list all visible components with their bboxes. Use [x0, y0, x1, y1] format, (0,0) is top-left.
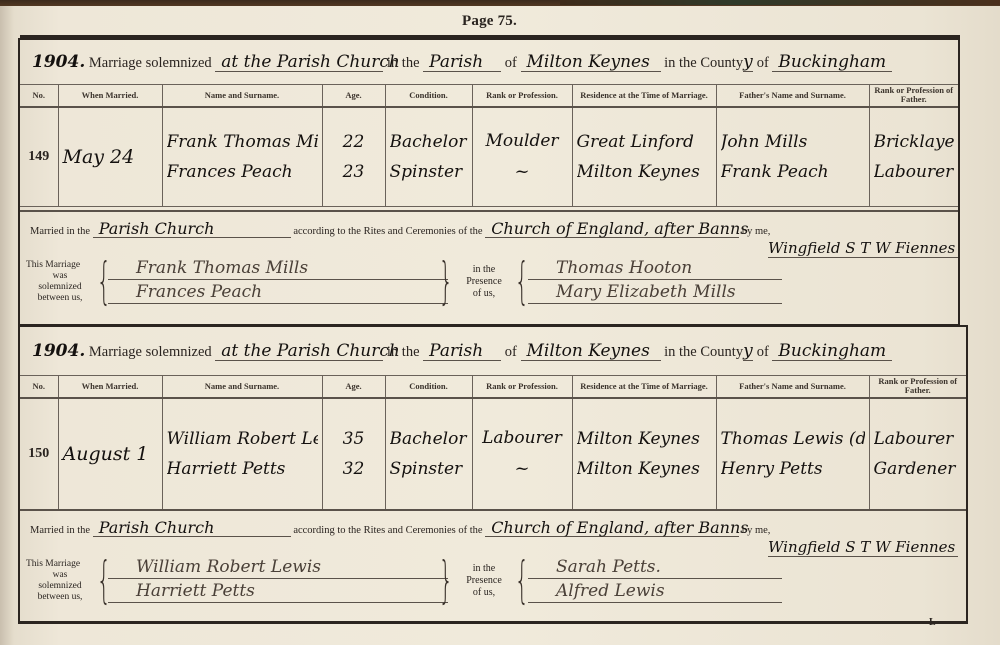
- col-father-name: Father's Name and Surname.: [716, 85, 869, 107]
- brace-witness: {: [515, 555, 529, 605]
- column-headers: No. When Married. Name and Surname. Age.…: [20, 85, 958, 107]
- col-name: Name and Surname.: [162, 376, 322, 398]
- col-when-married: When Married.: [58, 376, 162, 398]
- residence-cell: Great Linford Milton Keynes: [572, 107, 716, 207]
- brace-right: }: [439, 256, 453, 306]
- col-father-name: Father's Name and Surname.: [716, 376, 869, 398]
- solemnized-between-label: This Marriage was solemnized between us,: [26, 260, 94, 304]
- married-in-line: Married in the Parish Church according t…: [30, 220, 770, 238]
- ages-cell: 35 32: [322, 398, 385, 510]
- father-name-cell: John Mills Frank Peach: [716, 107, 869, 207]
- father-name-cell: Thomas Lewis (dec) Henry Petts: [716, 398, 869, 510]
- label-of: of: [505, 55, 517, 71]
- bride-condition: Spinster: [390, 162, 468, 182]
- label-in-the: in the: [387, 344, 420, 360]
- col-age: Age.: [322, 376, 385, 398]
- entry-county: Buckingham: [772, 54, 892, 72]
- col-condition: Condition.: [385, 85, 472, 107]
- groom-father-profession: Labourer: [874, 429, 963, 449]
- label-married-in: Married in the: [30, 525, 90, 536]
- entry-county: Buckingham: [772, 343, 892, 361]
- when-married: August 1: [58, 398, 162, 510]
- groom-condition: Bachelor: [390, 132, 468, 152]
- names-cell: Frank Thomas Mills Frances Peach: [162, 107, 322, 207]
- bride-profession: ~: [514, 458, 529, 479]
- label-in-the-county: in the County: [664, 344, 743, 360]
- label-of-county: of: [757, 344, 769, 360]
- label-according-to: according to the Rites and Ceremonies of…: [293, 226, 482, 237]
- groom-profession: Labourer: [482, 428, 562, 448]
- entry-year: 1904.: [32, 341, 85, 361]
- label-marriage-solemnized: Marriage solemnized: [89, 55, 212, 71]
- groom-residence: Great Linford: [577, 132, 712, 152]
- bride-father-profession: Labourer: [874, 162, 955, 182]
- father-profession-cell: Labourer Gardener: [869, 398, 966, 510]
- col-no: No.: [20, 85, 58, 107]
- condition-cell: Bachelor Spinster: [385, 107, 472, 207]
- page-signature-mark: L: [929, 617, 936, 628]
- entry-district-type: Parish: [423, 54, 501, 72]
- groom-condition: Bachelor: [390, 429, 468, 449]
- bride-signature: Harriett Petts: [108, 581, 448, 603]
- officiant-signature: Wingfield S T W Fiennes: [768, 538, 958, 557]
- col-residence: Residence at the Time of Marriage.: [572, 376, 716, 398]
- label-of-county: of: [757, 55, 769, 71]
- presence-label: in the Presence of us,: [456, 264, 512, 300]
- solemnization-section: Married in the Parish Church according t…: [20, 509, 966, 623]
- married-in-line: Married in the Parish Church according t…: [30, 519, 770, 537]
- bride-residence: Milton Keynes: [577, 162, 712, 182]
- bride-signature: Frances Peach: [108, 282, 448, 304]
- county-suffix: y: [743, 343, 753, 361]
- profession-cell: Labourer ~: [472, 398, 572, 510]
- col-condition: Condition.: [385, 376, 472, 398]
- solemnized-between-label: This Marriage was solemnized between us,: [26, 559, 94, 603]
- entry-place: at the Parish Church: [215, 54, 383, 72]
- bride-age: 32: [343, 459, 365, 479]
- witness-signature-1: Sarah Petts.: [528, 557, 782, 579]
- presence-label: in the Presence of us,: [456, 563, 512, 599]
- solemnization-section: Married in the Parish Church according t…: [20, 210, 958, 320]
- col-age: Age.: [322, 85, 385, 107]
- groom-name: Frank Thomas Mills: [167, 132, 318, 152]
- witness-signature-2: Mary Elizabeth Mills: [528, 282, 782, 304]
- rites: Church of England, after Banns: [485, 220, 739, 238]
- marriage-entry: 1904. Marriage solemnized at the Parish …: [18, 325, 968, 623]
- page-number: Page 75.: [462, 13, 517, 30]
- label-marriage-solemnized: Marriage solemnized: [89, 344, 212, 360]
- married-in-place: Parish Church: [93, 220, 291, 238]
- groom-profession: Moulder: [485, 131, 558, 151]
- father-profession-cell: Bricklayer Labourer: [869, 107, 958, 207]
- groom-residence: Milton Keynes: [577, 429, 712, 449]
- groom-age: 35: [343, 429, 365, 449]
- col-no: No.: [20, 376, 58, 398]
- witness-signature-1: Thomas Hooton: [528, 258, 782, 280]
- bride-father-profession: Gardener: [874, 459, 963, 479]
- entry-number: 149: [20, 107, 58, 207]
- witness-signature-2: Alfred Lewis: [528, 581, 782, 603]
- entry-table: No. When Married. Name and Surname. Age.…: [20, 375, 966, 510]
- bride-name: Frances Peach: [167, 162, 318, 182]
- col-residence: Residence at the Time of Marriage.: [572, 85, 716, 107]
- col-name: Name and Surname.: [162, 85, 322, 107]
- married-in-place: Parish Church: [93, 519, 291, 537]
- entry-number: 150: [20, 398, 58, 510]
- officiant-signature: Wingfield S T W Fiennes: [768, 239, 958, 258]
- col-profession: Rank or Profession.: [472, 85, 572, 107]
- bride-residence: Milton Keynes: [577, 459, 712, 479]
- table-row: 149 May 24 Frank Thomas Mills Frances Pe…: [20, 107, 958, 207]
- names-cell: William Robert Lewis Harriett Petts: [162, 398, 322, 510]
- label-of: of: [505, 344, 517, 360]
- bride-father: Frank Peach: [721, 162, 865, 182]
- book-cover-edge: [560, 0, 1000, 5]
- col-when-married: When Married.: [58, 85, 162, 107]
- entry-district: Milton Keynes: [521, 54, 661, 72]
- groom-name: William Robert Lewis: [167, 429, 318, 449]
- bride-profession: ~: [514, 161, 529, 182]
- groom-age: 22: [343, 132, 365, 152]
- groom-signature: Frank Thomas Mills: [108, 258, 448, 280]
- bottom-rule: [18, 622, 968, 624]
- entry-table: No. When Married. Name and Surname. Age.…: [20, 84, 958, 207]
- label-by-me: by me,: [742, 525, 771, 536]
- bride-age: 23: [343, 162, 365, 182]
- page-gutter: [0, 6, 14, 645]
- groom-father-profession: Bricklayer: [874, 132, 955, 152]
- table-row: 150 August 1 William Robert Lewis Harrie…: [20, 398, 966, 510]
- marriage-entry: 1904. Marriage solemnized at the Parish …: [18, 38, 960, 326]
- county-suffix: y: [743, 54, 753, 72]
- condition-cell: Bachelor Spinster: [385, 398, 472, 510]
- entry-district-type: Parish: [423, 343, 501, 361]
- groom-father: John Mills: [721, 132, 865, 152]
- entry-heading: 1904. Marriage solemnized at the Parish …: [32, 52, 892, 72]
- label-in-the-county: in the County: [664, 55, 743, 71]
- groom-father: Thomas Lewis (dec): [721, 429, 865, 449]
- bride-father: Henry Petts: [721, 459, 865, 479]
- label-in-the: in the: [387, 55, 420, 71]
- entry-year: 1904.: [32, 52, 85, 72]
- residence-cell: Milton Keynes Milton Keynes: [572, 398, 716, 510]
- ages-cell: 22 23: [322, 107, 385, 207]
- brace-right: }: [439, 555, 453, 605]
- label-by-me: by me,: [742, 226, 771, 237]
- entry-heading: 1904. Marriage solemnized at the Parish …: [32, 341, 892, 361]
- label-married-in: Married in the: [30, 226, 90, 237]
- profession-cell: Moulder ~: [472, 107, 572, 207]
- groom-signature: William Robert Lewis: [108, 557, 448, 579]
- col-father-profession: Rank or Profession of Father.: [869, 376, 966, 398]
- column-headers: No. When Married. Name and Surname. Age.…: [20, 376, 966, 398]
- col-profession: Rank or Profession.: [472, 376, 572, 398]
- rites: Church of England, after Banns: [485, 519, 739, 537]
- bride-condition: Spinster: [390, 459, 468, 479]
- entry-district: Milton Keynes: [521, 343, 661, 361]
- brace-witness: {: [515, 256, 529, 306]
- col-father-profession: Rank or Profession of Father.: [869, 85, 958, 107]
- label-according-to: according to the Rites and Ceremonies of…: [293, 525, 482, 536]
- bride-name: Harriett Petts: [167, 459, 318, 479]
- when-married: May 24: [58, 107, 162, 207]
- entry-place: at the Parish Church: [215, 343, 383, 361]
